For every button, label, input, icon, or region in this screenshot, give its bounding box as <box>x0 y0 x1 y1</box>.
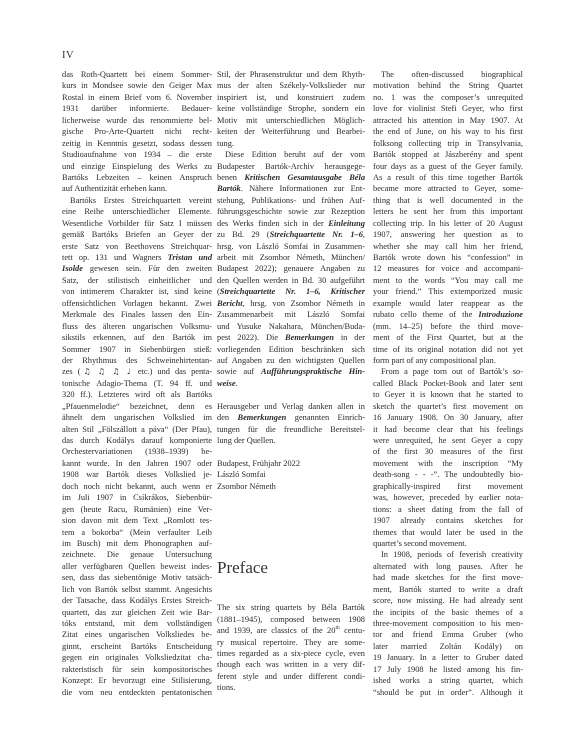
text-line: graphically-inspired first movement <box>373 481 523 492</box>
text-line: time of its original notation did not ye… <box>373 344 523 355</box>
signature-editor: László Somfai <box>217 469 365 480</box>
volume-title-italic: Bericht <box>217 299 243 308</box>
text-line: tem a bokorba“ (Mein verfaulter Leib <box>62 527 212 538</box>
text-line: ferent style and under different condi- <box>217 671 365 682</box>
text-line: four days as a guest of the Geyer family… <box>373 161 523 172</box>
text-line: death-song - - -”. The undoubtedly bio- <box>373 469 523 480</box>
text-line: tor and friend Emma Gruber (who <box>373 629 523 640</box>
text-line: eine Reihe unterschiedlicher Elemente. <box>62 206 212 217</box>
text-line: gegen ein originales Volksliedzitat cha- <box>62 652 212 663</box>
text-run: tett op. 131 und Wagners <box>62 253 168 262</box>
text-line: im Juli 1907 in Csíkrákos, Siebenbür- <box>62 492 212 503</box>
text-run: , hrsg. von Zsombor Németh in <box>243 299 365 308</box>
text-line: 1931 darüber informierte. Bedauer- <box>62 103 212 114</box>
text-line: licherweise wurde das renommierte bel- <box>62 115 212 126</box>
text-line: quartet’s second movement. <box>373 538 523 549</box>
text-line: der Tatsache, dass Kodálys Erstes Streic… <box>62 595 212 606</box>
text-line: of the first 30 measures of the first <box>373 446 523 457</box>
text-line: Konzept: Er bevorzugt eine Stilisierung, <box>62 675 212 686</box>
text-line: were unrequited, he sent Geyer a copy <box>373 435 523 446</box>
text-line: 320 ff.). Letzteres wird oft als Bartóks <box>62 389 212 400</box>
text-line: later married Zoltán Kodály) on <box>373 641 523 652</box>
text-line: ry musical repertoire. They are some- <box>217 637 365 648</box>
text-line: zeitig in Kenntnis gesetzt, sodass desse… <box>62 138 212 149</box>
text-line: keiten der Weiterführung und Bearbei- <box>217 126 365 137</box>
text-line: 12 measures for voice and accompani- <box>373 263 523 274</box>
text-line: The six string quartets by Béla Bartók <box>217 602 365 613</box>
signature-editor: Zsombor Németh <box>217 481 365 492</box>
text-line: zes (♫ ♫ ♫ ♩ etc.) und das penta- <box>62 366 212 377</box>
text-line: die vom neu entdeckten pentatonischen <box>62 687 212 698</box>
text-line: Wesentliche Vorbilder für Satz I müssen <box>62 218 212 229</box>
text-line: collecting trip. In his letter of 20 Aug… <box>373 218 523 229</box>
text-line: In 1908, periods of feverish creativity <box>373 549 523 560</box>
left-column: das Roth-Quartett bei einem Sommer- kurs… <box>62 69 212 698</box>
edition-title-italic: Kritischen Gesamtausgabe Béla <box>244 173 365 182</box>
text-line: ginnt, erscheint Bartóks Entscheidung <box>62 641 212 652</box>
right-column: The often-discussed biographical motivat… <box>373 69 523 698</box>
text-line: alternated with long pauses. After he <box>373 561 523 572</box>
text-line: zeichnete. Die genaue Untersuchung <box>62 549 212 560</box>
text-line: letters he sent her from this important <box>373 206 523 217</box>
text-line: 19 January. In a letter to Gruber dated <box>373 652 523 663</box>
text-line: no. 1 was the composer’s unrequited <box>373 92 523 103</box>
text-line: lung der Quellen. <box>217 435 365 446</box>
text-line: As a result of this time together Bartók <box>373 172 523 183</box>
text-line: sketch the quartet’s first movement on <box>373 401 523 412</box>
text-line: tett op. 131 und Wagners Tristan und <box>62 252 212 263</box>
text-line: though each was written in a very dif- <box>217 659 365 670</box>
text-line: Zusammenarbeit mit László Somfai <box>217 309 365 320</box>
text-line: Isolde gewesen sein. Für den zweiten <box>62 263 212 274</box>
text-line: keine vollständige Strophe, sondern ein <box>217 103 365 114</box>
text-line: Sommer 1907 in Siebenbürgen stieß: <box>62 344 212 355</box>
text-line: motivation behind the String Quartet <box>373 80 523 91</box>
text-line: kurs in Mondsee sowie den Geiger Max <box>62 80 212 91</box>
text-line: Bartók stopped at Jászberény and spent <box>373 149 523 160</box>
page-number: IV <box>62 50 74 61</box>
text-line: From a page torn out of Bartók’s so- <box>373 366 523 377</box>
text-line: three-movement composition to his men- <box>373 618 523 629</box>
paragraph-gap <box>217 446 365 457</box>
text-line: (Streichquartette Nr. 1–6, Kritischer <box>217 286 365 297</box>
text-line: 1908 war Bartók dieses Volkslied je- <box>62 469 212 480</box>
text-line: erste Satz von Beethovens Streichquar- <box>62 241 212 252</box>
text-line: “should be put in order”. Although it <box>373 687 523 698</box>
text-line: had made sketches for the first move- <box>373 572 523 583</box>
text-line: times regarded as a six-piece cycle, eve… <box>217 648 365 659</box>
text-line: Motiv mit unterschiedlichen Möglich- <box>217 115 365 126</box>
text-line: kannt wurde. In den Jahren 1907 oder <box>62 458 212 469</box>
section-ref-italic: Bemerkungen <box>285 333 334 342</box>
text-line: gische Pro-Arte-Quartett nicht recht- <box>62 126 212 137</box>
text-line: 17 July 1908 he listed among his fin- <box>373 664 523 675</box>
text-line: Bartók wrote down his “confession” in <box>373 252 523 263</box>
text-line: Bericht, hrsg. von Zsombor Németh in <box>217 298 365 309</box>
text-line: lich von Bartók selbst stammt. Angesicht… <box>62 584 212 595</box>
text-line: it had become clear that his feelings <box>373 424 523 435</box>
text-line: The often-discussed biographical <box>373 69 523 80</box>
section-ref-italic: Einleitung <box>328 219 365 228</box>
text-line: Zitat eines ungarischen Volksliedes be- <box>62 629 212 640</box>
text-run: gewesen sein. Für den zweiten <box>83 264 212 273</box>
text-line: love for violinist Stefi Geyer, who firs… <box>373 103 523 114</box>
text-line: and 1939, are classics of the 20th centu… <box>217 625 365 636</box>
text-line: auf Authentizität erheben kann. <box>62 183 212 194</box>
text-line: benen Kritischen Gesamtausgabe Béla <box>217 172 365 183</box>
text-line: der Rhythmus des Schweinehirtentan- <box>62 355 212 366</box>
text-line: offensichtlichen Vorlagen bekannt. Zwei <box>62 298 212 309</box>
text-line: das Roth-Quartett bei einem Sommer- <box>62 69 212 80</box>
text-line: (mm. 14–25) before the third move- <box>373 321 523 332</box>
work-title-italic: Isolde <box>62 264 83 273</box>
rhythm-notes-icon: ♫ ♫ ♫ ♩ <box>80 367 132 376</box>
text-line: form part of any compositional plan. <box>373 355 523 366</box>
text-line: Studioaufnahme von 1934 – die erste <box>62 149 212 160</box>
text-line: tóks entstand, mit dem vollständigen <box>62 618 212 629</box>
text-line: Orchestervariationen (1938–1939) be- <box>62 446 212 457</box>
paragraph-gap <box>217 389 365 400</box>
text-run: and 1939, are classics of the 20 <box>217 626 335 635</box>
signature-place-date: Budapest, Frühjahr 2022 <box>217 458 365 469</box>
text-line: called Black Pocket-Book and later sent <box>373 378 523 389</box>
text-line: attracted his attention in May 1907. At <box>373 115 523 126</box>
text-run: . <box>236 379 238 388</box>
text-line: doch noch nicht bekannt, auch wenn er <box>62 481 212 492</box>
text-line: Merkmale des Finales lassen den Ein- <box>62 309 212 320</box>
text-line: sikstils erkennen, auf den Bartók im <box>62 332 212 343</box>
text-line: das durch Kodálys darauf komponierte <box>62 435 212 446</box>
text-line: fluss des älteren ungarischen Volksmu- <box>62 321 212 332</box>
section-gap <box>217 492 365 558</box>
text-line: stehung, Publikations- und frühen Auf- <box>217 195 365 206</box>
text-run: in der <box>334 333 365 342</box>
text-line: ment of the First Quartet, but at the <box>373 332 523 343</box>
text-line: von intimerem Charakter ist, sind keine <box>62 286 212 297</box>
text-line: sowie auf Aufführungspraktische Hin- <box>217 366 365 377</box>
text-run: , <box>363 230 365 239</box>
text-line: ähnelt dem ungarischen Volkslied im <box>62 412 212 423</box>
text-line: inspiriert ist, und konstruiert zudem <box>217 92 365 103</box>
text-line: was, however, preceded by earlier nota- <box>373 492 523 503</box>
text-line: the incipits of the basic themes of a <box>373 607 523 618</box>
text-line: und einzige Einspielung des Werks zu <box>62 161 212 172</box>
text-run: rubato cello theme of the <box>373 310 478 319</box>
text-run: genannten Einrich- <box>286 413 365 422</box>
text-line: ment, Bartók started to write a draft <box>373 584 523 595</box>
text-line: sion davon mit dem Text „Romlott tes- <box>62 515 212 526</box>
text-line: Satz, der stilistisch einheitlicher und <box>62 275 212 286</box>
text-line: rakteristisch für sein kompositorisches <box>62 664 212 675</box>
text-line: vorliegenden Edition beschränken sich <box>217 344 365 355</box>
text-line: tungen für die freundliche Bereitstel- <box>217 424 365 435</box>
text-line: hrsg. von László Somfai in Zusammen- <box>217 241 365 252</box>
text-line: movement with the inscription “My <box>373 458 523 469</box>
text-run: zes ( <box>62 367 80 376</box>
middle-column: Stil, der Phrasenstruktur und dem Rhyth-… <box>217 69 365 694</box>
text-run: centu- <box>340 626 365 635</box>
text-line: themes that would later be used in the <box>373 527 523 538</box>
text-line: alten Stil „Fölszállott a páva“ (Der Pfa… <box>62 424 212 435</box>
text-line: tung. <box>217 138 365 149</box>
text-line: (1881–1945), composed between 1908 <box>217 614 365 625</box>
text-line: arbeit mit Zsombor Németh, München/ <box>217 252 365 263</box>
text-line: thing that is well documented in the <box>373 195 523 206</box>
text-line: weise. <box>217 378 365 389</box>
text-line: the end of June, on his way to his first <box>373 126 523 137</box>
text-line: quartett, das zur gleichen Zeit wie Bar- <box>62 607 212 618</box>
text-run: pest 2022). Die <box>217 333 285 342</box>
text-line: „Pfauenmelodie“ bezeichnet, denn es <box>62 401 212 412</box>
section-ref-italic: Bemerkungen <box>237 413 286 422</box>
text-line: pest 2022). Die Bemerkungen in der <box>217 332 365 343</box>
text-line: sen, dass das siebentönige Motiv tatsäch… <box>62 572 212 583</box>
text-line: auf Angaben zu den wichtigsten Quellen <box>217 355 365 366</box>
text-run: zu Bd. 29 ( <box>217 230 270 239</box>
text-line: example would later reappear as the <box>373 298 523 309</box>
text-line: Herausgeber und Verlag danken allen in <box>217 401 365 412</box>
section-ref-italic: weise <box>217 379 236 388</box>
text-line: Bartóks Erstes Streichquartett vereint <box>62 195 212 206</box>
text-line: Rostal in einem Brief vom 6. November <box>62 92 212 103</box>
text-line: zu Bd. 29 (Streichquartette Nr. 1–6, <box>217 229 365 240</box>
text-line: became more attracted to Geyer, some- <box>373 183 523 194</box>
text-line: Bartók. Nähere Informationen zur Ent- <box>217 183 365 194</box>
text-run: den <box>217 413 237 422</box>
text-line: 1907 already contains sketches for <box>373 515 523 526</box>
text-line: und Yusuke Nakahara, München/Buda- <box>217 321 365 332</box>
text-line: rubato cello theme of the Introduzione <box>373 309 523 320</box>
text-line: gemäß Bartóks Briefen an Geyer der <box>62 229 212 240</box>
text-run: des Werks finden sich in der <box>217 219 328 228</box>
text-line: tions. <box>217 682 365 693</box>
text-line: Budapester Bartók-Archiv herausgege- <box>217 161 365 172</box>
section-ref-italic: Aufführungspraktische Hin- <box>261 367 365 376</box>
preface-heading: Preface <box>217 558 365 578</box>
text-run: . Nähere Informationen zur Ent- <box>241 184 365 193</box>
text-line: your friend.” This extemporized music <box>373 286 523 297</box>
text-line: Diese Edition beruht auf der vom <box>217 149 365 160</box>
volume-title-italic: Streichquartette Nr. 1–6 <box>270 230 363 239</box>
work-title-italic: Tristan und <box>168 253 212 262</box>
text-line: gen (heute Racu, Rumänien) eine Ver- <box>62 504 212 515</box>
text-line: 16 January 1908. On 30 January, after <box>373 412 523 423</box>
text-line: führungsgeschichte sowie zur Rezeption <box>217 206 365 217</box>
text-line: whether she may call him her friend, <box>373 241 523 252</box>
text-run: sowie auf <box>217 367 261 376</box>
text-line: ment to the words “You may call me <box>373 275 523 286</box>
text-run: benen <box>217 173 244 182</box>
text-line: tonische Adagio-Thema (T. 94 ff. und <box>62 378 212 389</box>
text-line: score, now missing. He had already sent <box>373 595 523 606</box>
text-line: im Busch) mit dem Phonographen auf- <box>62 538 212 549</box>
text-line: des Werks finden sich in der Einleitung <box>217 218 365 229</box>
text-line: Budapest 2022); genauere Angaben zu <box>217 263 365 274</box>
text-line: Bartóks Lebzeiten – keinen Anspruch <box>62 172 212 183</box>
movement-title-italic: Introduzione <box>478 310 523 319</box>
text-line: den Bemerkungen genannten Einrich- <box>217 412 365 423</box>
text-line: aller verfügbaren Quellen beweist indes- <box>62 561 212 572</box>
text-line: ished works a string quartet, which <box>373 675 523 686</box>
edition-title-italic: Bartók <box>217 184 241 193</box>
text-line: folksong collecting trip in Transylvania… <box>373 138 523 149</box>
volume-title-italic: Streichquartette Nr. 1–6, Kritischer <box>220 287 365 296</box>
text-run: etc.) und das penta- <box>138 367 212 376</box>
text-line: 1907, answering her question as to <box>373 229 523 240</box>
text-line: tions: a sheet dating from the fall of <box>373 504 523 515</box>
text-line: den Quellen werden in Bd. 30 aufgeführt <box>217 275 365 286</box>
text-line: to Geyer it is known that he started to <box>373 389 523 400</box>
text-line: mus der alten Székely-Volkslieder nur <box>217 80 365 91</box>
text-line: Stil, der Phrasenstruktur und dem Rhyth- <box>217 69 365 80</box>
